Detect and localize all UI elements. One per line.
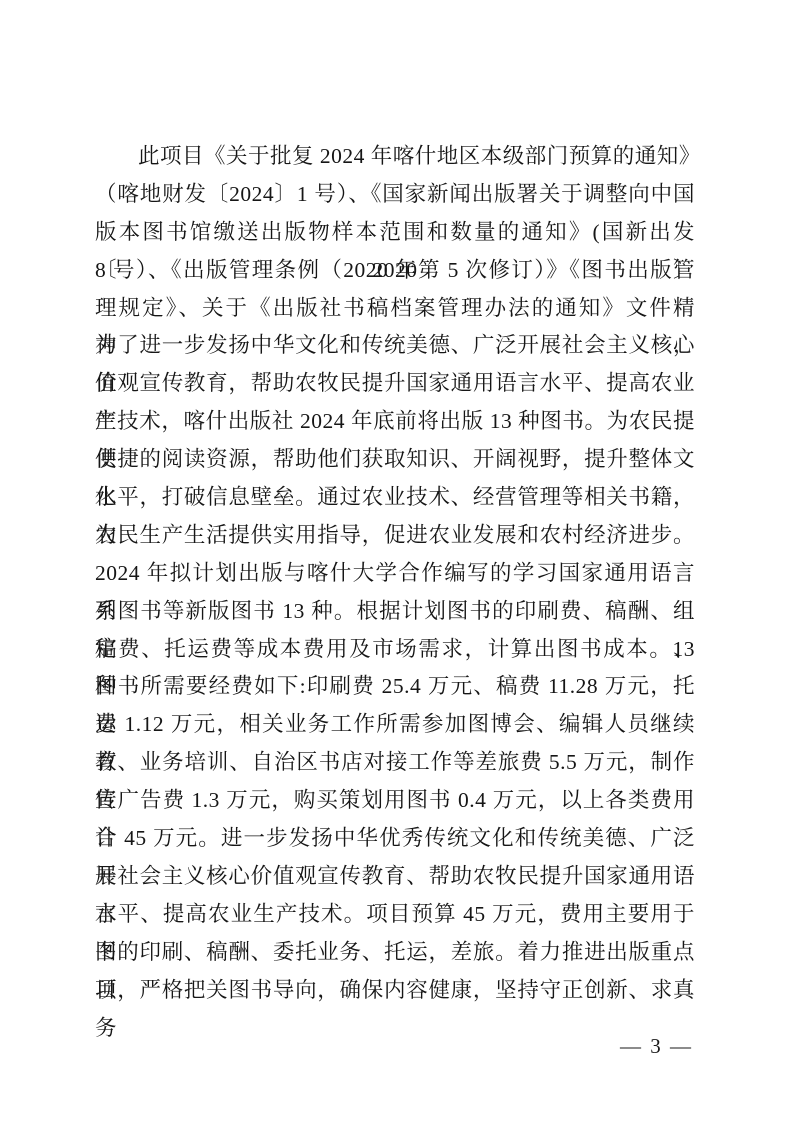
- document-line: 水平、提高农业生产技术。项目预算 45 万元，费用主要用于图: [95, 896, 695, 934]
- document-line: 定费、托运费等成本费用及市场需求，计算出图书成本。13 种: [95, 631, 695, 669]
- document-line: 农民生产生活提供实用指导，促进农业发展和农村经济进步。: [95, 517, 695, 555]
- document-line: 便捷的阅读资源，帮助他们获取知识、开阔视野，提升整体文化: [95, 441, 695, 479]
- document-line: 2024 年拟计划出版与喀什大学合作编写的学习国家通用语言系: [95, 555, 695, 593]
- document-line: 目，严格把关图书导向，确保内容健康，坚持守正创新、求真务: [95, 972, 695, 1010]
- page-number: — 3 —: [620, 1032, 693, 1060]
- document-line: 传广告费 1.3 万元，购买策划用图书 0.4 万元，以上各类费用合: [95, 782, 695, 820]
- document-line: 此项目《关于批复 2024 年喀什地区本级部门预算的通知》: [95, 138, 695, 176]
- document-line: 产技术，喀什出版社 2024 年底前将出版 13 种图书。为农民提供: [95, 403, 695, 441]
- document-line: 理规定》、关于《出版社书稿档案管理办法的通知》文件精神，: [95, 290, 695, 328]
- document-line: 为了进一步发扬中华文化和传统美德、广泛开展社会主义核心价: [95, 327, 695, 365]
- document-line: 图书所需要经费如下:印刷费 25.4 万元、稿费 11.28 万元，托运: [95, 668, 695, 706]
- document-line: 费 1.12 万元，相关业务工作所需参加图博会、编辑人员继续教: [95, 706, 695, 744]
- document-page: 此项目《关于批复 2024 年喀什地区本级部门预算的通知》 （喀地财发〔2024…: [0, 0, 793, 1122]
- document-body: 此项目《关于批复 2024 年喀什地区本级部门预算的通知》 （喀地财发〔2024…: [95, 138, 695, 1009]
- document-line: 版本图书馆缴送出版物样本范围和数量的通知》(国新出发〔2020〕: [95, 214, 695, 252]
- document-line: 计 45 万元。进一步发扬中华优秀传统文化和传统美德、广泛开: [95, 820, 695, 858]
- document-line: 8 号）、《出版管理条例（2020 年第 5 次修订）》《图书出版管: [95, 252, 695, 290]
- document-line: 育、业务培训、自治区书店对接工作等差旅费 5.5 万元，制作宣: [95, 744, 695, 782]
- document-line: 书的印刷、稿酬、委托业务、托运，差旅。着力推进出版重点项: [95, 934, 695, 972]
- document-line: 水平，打破信息壁垒。通过农业技术、经营管理等相关书籍，为: [95, 479, 695, 517]
- document-line: 展社会主义核心价值观宣传教育、帮助农牧民提升国家通用语言: [95, 858, 695, 896]
- document-line: 列图书等新版图书 13 种。根据计划图书的印刷费、稿酬、组稿、: [95, 593, 695, 631]
- document-line: 值观宣传教育，帮助农牧民提升国家通用语言水平、提高农业生: [95, 365, 695, 403]
- document-line: （喀地财发〔2024〕1 号）、《国家新闻出版署关于调整向中国: [95, 176, 695, 214]
